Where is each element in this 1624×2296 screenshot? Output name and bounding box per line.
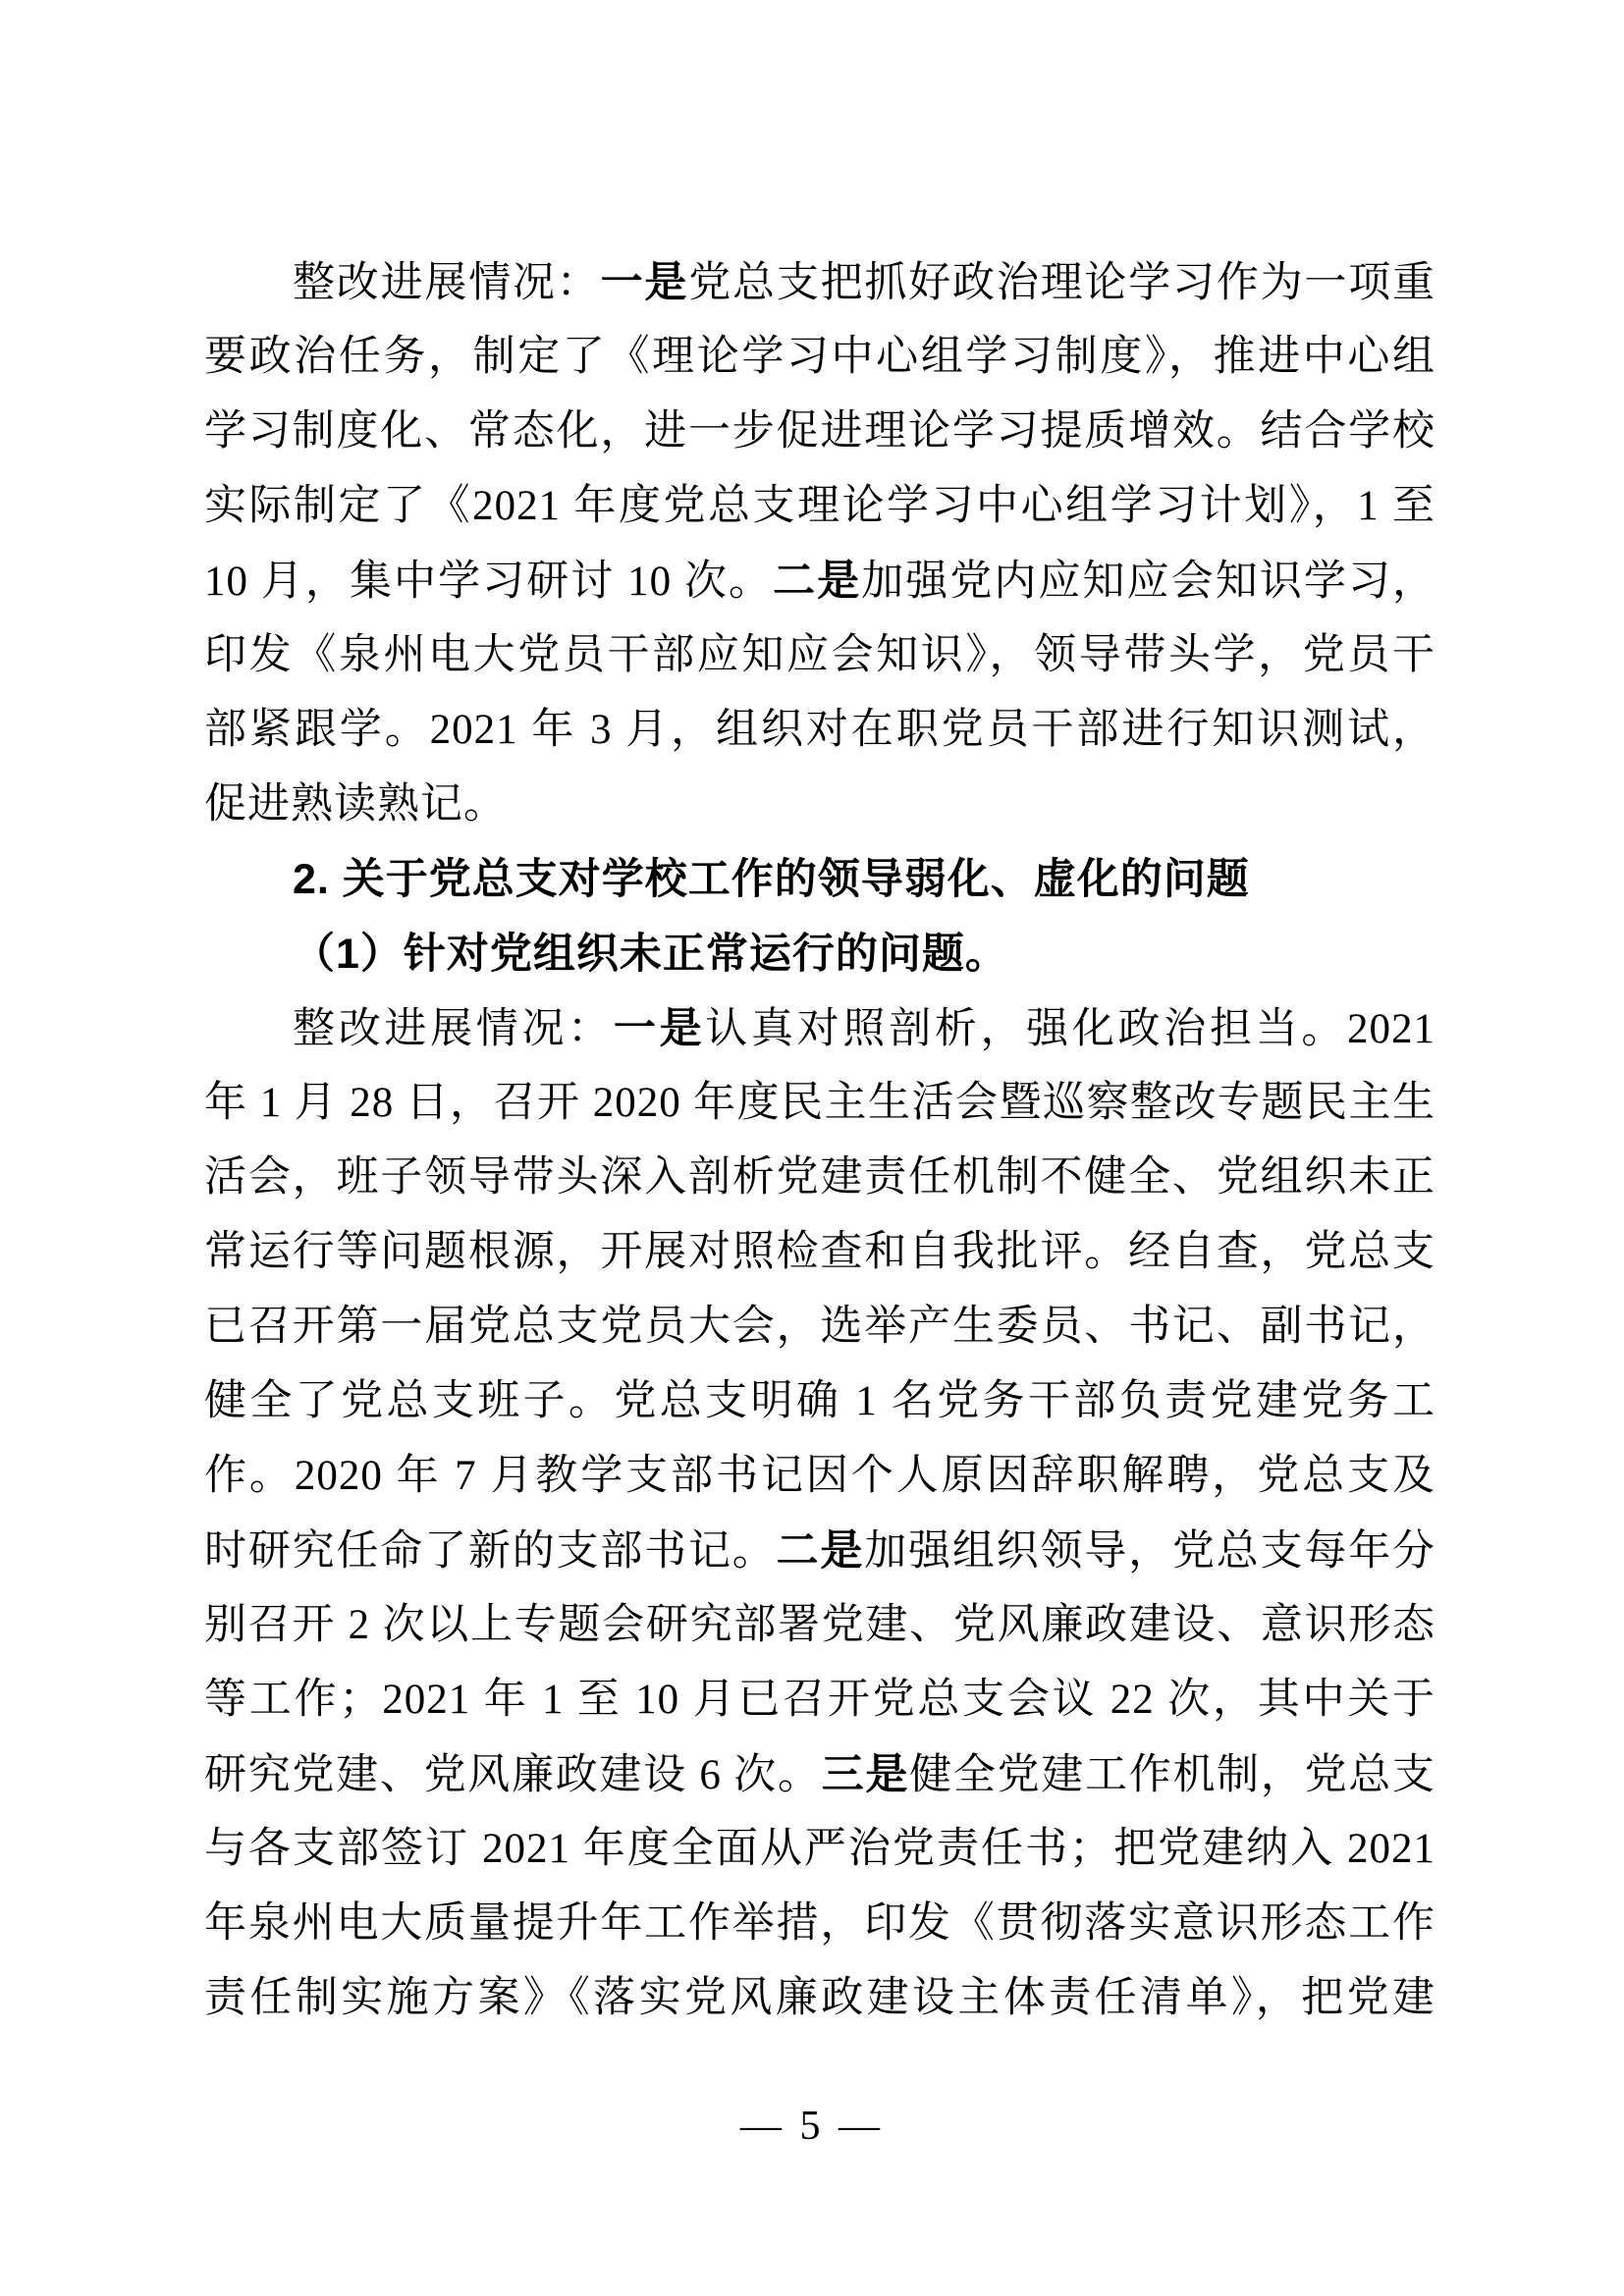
text-segment: 10 月，集中学习研讨 10 次。 xyxy=(204,559,773,605)
text-segment: 作。2020 年 7 月教学支部书记因个人原因辞职解聘，党总支及 xyxy=(204,1453,1435,1499)
text-line: 部紧跟学。2021 年 3 月，组织对在职党员干部进行知识测试， xyxy=(204,693,1435,768)
text-line: 年 1 月 28 日，召开 2020 年度民主生活会暨巡察整改专题民主生 xyxy=(204,1066,1435,1141)
text-line: 常运行等问题根源，开展对照检查和自我批评。经自查，党总支 xyxy=(204,1215,1435,1290)
emphasis-segment: （1）针对党组织未正常运行的问题。 xyxy=(293,931,1008,978)
text-line: 促进熟读熟记。 xyxy=(204,768,1435,842)
text-line: 时研究任命了新的支部书记。二是加强组织领导，党总支每年分 xyxy=(204,1514,1435,1588)
heading-line: （1）针对党组织未正常运行的问题。 xyxy=(204,917,1435,991)
text-line: 要政治任务，制定了《理论学习中心组学习制度》，推进中心组 xyxy=(204,320,1435,395)
text-line: 与各支部签订 2021 年度全面从严治党责任书；把党建纳入 2021 xyxy=(204,1812,1435,1887)
text-segment: 整改进展情况： xyxy=(293,1006,614,1052)
text-line: 学习制度化、常态化，进一步促进理论学习提质增效。结合学校 xyxy=(204,395,1435,469)
text-line: 研究党建、党风廉政建设 6 次。三是健全党建工作机制，党总支 xyxy=(204,1737,1435,1812)
text-line: 整改进展情况：一是认真对照剖析，强化政治担当。2021 xyxy=(204,991,1435,1066)
text-segment: 部紧跟学。2021 年 3 月，组织对在职党员干部进行知识测试， xyxy=(204,707,1435,753)
text-segment: 年泉州电大质量提升年工作举措，印发《贯彻落实意识形态工作 xyxy=(204,1900,1435,1947)
text-segment: 健全了党总支班子。党总支明确 1 名党务干部负责党建党务工 xyxy=(204,1378,1435,1424)
text-line: 已召开第一届党总支党员大会，选举产生委员、书记、副书记， xyxy=(204,1290,1435,1364)
text-column: 整改进展情况：一是党总支把抓好政治理论学习作为一项重要政治任务，制定了《理论学习… xyxy=(204,245,1435,2036)
text-line: 别召开 2 次以上专题会研究部署党建、党风廉政建设、意识形态 xyxy=(204,1588,1435,1663)
emphasis-segment: 二是 xyxy=(773,558,861,605)
text-segment: 要政治任务，制定了《理论学习中心组学习制度》，推进中心组 xyxy=(204,334,1435,380)
text-segment: 加强组织领导，党总支每年分 xyxy=(864,1528,1435,1575)
text-segment: 认真对照剖析，强化政治担当。2021 xyxy=(705,1006,1435,1052)
text-line: 等工作；2021 年 1 至 10 月已召开党总支会议 22 次，其中关于 xyxy=(204,1663,1435,1737)
text-segment: 时研究任命了新的支部书记。 xyxy=(204,1528,777,1575)
text-segment: 党总支把抓好政治理论学习作为一项重 xyxy=(688,260,1435,306)
heading-line: 2. 关于党总支对学校工作的领导弱化、虚化的问题 xyxy=(204,842,1435,917)
text-segment: 别召开 2 次以上专题会研究部署党建、党风廉政建设、意识形态 xyxy=(204,1602,1435,1648)
text-line: 责任制实施方案》《落实党风廉政建设主体责任清单》，把党建 xyxy=(204,1961,1435,2036)
text-line: 健全了党总支班子。党总支明确 1 名党务干部负责党建党务工 xyxy=(204,1364,1435,1439)
text-segment: 印发《泉州电大党员干部应知应会知识》，领导带头学，党员干 xyxy=(204,632,1435,678)
text-segment: 常运行等问题根源，开展对照检查和自我批评。经自查，党总支 xyxy=(204,1229,1435,1275)
text-segment: 与各支部签订 2021 年度全面从严治党责任书；把党建纳入 2021 xyxy=(204,1826,1435,1872)
text-segment: 促进熟读熟记。 xyxy=(204,781,507,828)
page-number: — 5 — xyxy=(0,2097,1624,2156)
text-line: 作。2020 年 7 月教学支部书记因个人原因辞职解聘，党总支及 xyxy=(204,1439,1435,1514)
text-segment: 加强党内应知应会知识学习， xyxy=(861,559,1435,605)
emphasis-segment: 一是 xyxy=(614,1005,705,1052)
text-segment: 健全党建工作机制，党总支 xyxy=(909,1752,1435,1798)
emphasis-segment: 二是 xyxy=(777,1527,865,1575)
emphasis-segment: 一是 xyxy=(601,259,689,306)
emphasis-segment: 三是 xyxy=(822,1751,909,1798)
text-segment: 责任制实施方案》《落实党风廉政建设主体责任清单》，把党建 xyxy=(204,1975,1435,2021)
text-segment: 实际制定了《2021 年度党总支理论学习中心组学习计划》，1 至 xyxy=(204,483,1435,529)
text-segment: 研究党建、党风廉政建设 6 次。 xyxy=(204,1752,822,1798)
text-segment: 学习制度化、常态化，进一步促进理论学习提质增效。结合学校 xyxy=(204,408,1435,454)
text-line: 实际制定了《2021 年度党总支理论学习中心组学习计划》，1 至 xyxy=(204,469,1435,544)
text-line: 10 月，集中学习研讨 10 次。二是加强党内应知应会知识学习， xyxy=(204,544,1435,618)
text-segment: 等工作；2021 年 1 至 10 月已召开党总支会议 22 次，其中关于 xyxy=(204,1677,1435,1723)
text-line: 印发《泉州电大党员干部应知应会知识》，领导带头学，党员干 xyxy=(204,618,1435,693)
text-line: 活会，班子领导带头深入剖析党建责任机制不健全、党组织未正 xyxy=(204,1141,1435,1215)
text-segment: 已召开第一届党总支党员大会，选举产生委员、书记、副书记， xyxy=(204,1304,1435,1350)
emphasis-segment: 2. 关于党总支对学校工作的领导弱化、虚化的问题 xyxy=(293,856,1250,903)
text-line: 年泉州电大质量提升年工作举措，印发《贯彻落实意识形态工作 xyxy=(204,1887,1435,1961)
text-segment: 年 1 月 28 日，召开 2020 年度民主生活会暨巡察整改专题民主生 xyxy=(204,1080,1435,1126)
text-segment: 整改进展情况： xyxy=(293,260,601,306)
text-segment: 活会，班子领导带头深入剖析党建责任机制不健全、党组织未正 xyxy=(204,1154,1435,1201)
document-page: 整改进展情况：一是党总支把抓好政治理论学习作为一项重要政治任务，制定了《理论学习… xyxy=(0,0,1624,2296)
text-line: 整改进展情况：一是党总支把抓好政治理论学习作为一项重 xyxy=(204,245,1435,320)
